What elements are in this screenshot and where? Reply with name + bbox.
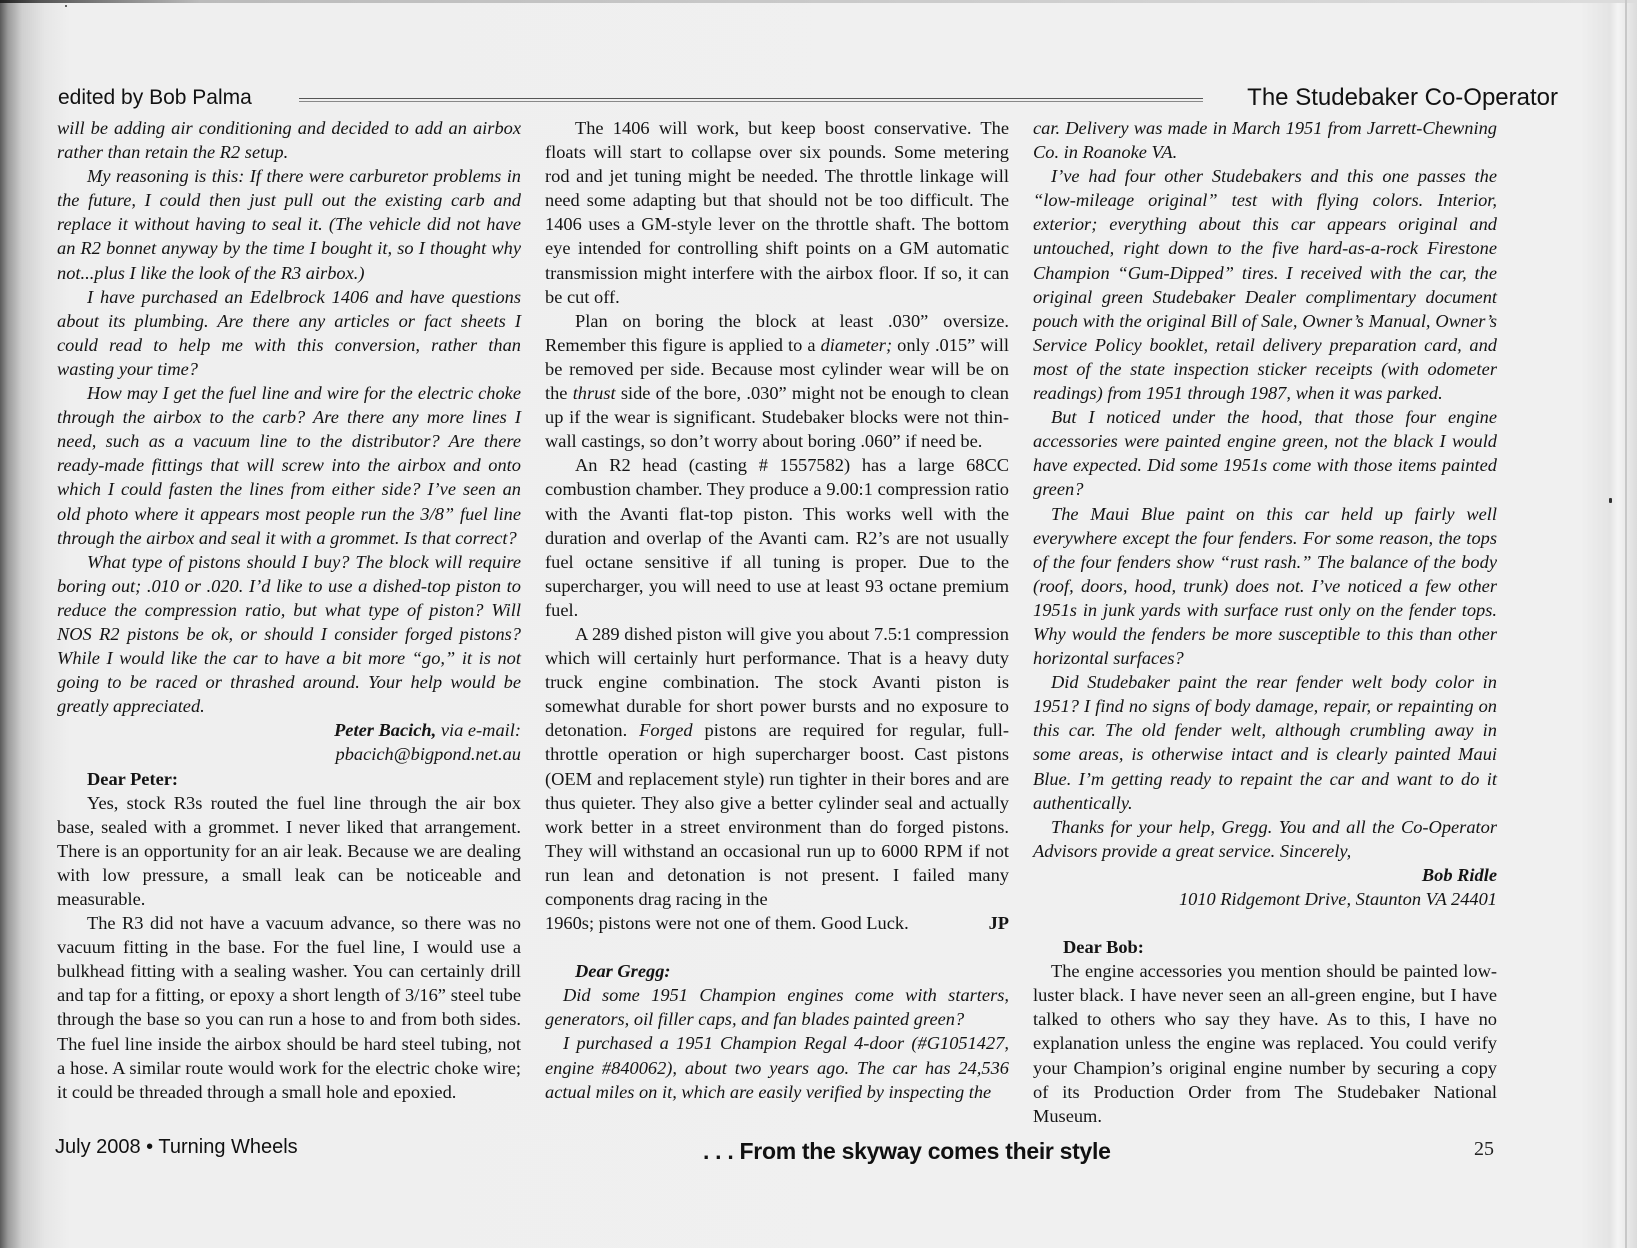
- signature-name: Peter Bacich,: [334, 720, 436, 740]
- letter-paragraph: But I noticed under the hood, that those…: [1033, 405, 1497, 501]
- reply-paragraph: The 1406 will work, but keep boost conse…: [545, 116, 1009, 309]
- header-rule: [299, 98, 1203, 102]
- letter-paragraph: How may I get the fuel line and wire for…: [57, 381, 521, 550]
- letter-paragraph: Did Studebaker paint the rear fender wel…: [1033, 670, 1497, 815]
- letter-signature: Peter Bacich, via e-mail:: [57, 718, 521, 742]
- letter-paragraph: The Maui Blue paint on this car held up …: [1033, 502, 1497, 671]
- emphasis-forged: Forged: [639, 720, 692, 740]
- column-3: car. Delivery was made in March 1951 fro…: [1033, 116, 1497, 1128]
- scan-speck: [65, 5, 67, 7]
- section-spacer: [545, 935, 1009, 959]
- signature-via: via e-mail:: [436, 720, 521, 740]
- scan-right-edge: [1625, 0, 1627, 1248]
- header-editor-credit: edited by Bob Palma: [58, 86, 252, 110]
- reply-paragraph: Plan on boring the block at least .030” …: [545, 309, 1009, 454]
- scan-top-edge: [0, 0, 1637, 3]
- column-2: The 1406 will work, but keep boost conse…: [545, 116, 1009, 1104]
- footer-tagline: . . . From the skyway comes their style: [703, 1138, 1111, 1165]
- reply-paragraph: An R2 head (casting # 1557582) has a lar…: [545, 453, 1009, 622]
- reply-salutation: Dear Peter:: [57, 767, 521, 791]
- letter-paragraph: Thanks for your help, Gregg. You and all…: [1033, 815, 1497, 863]
- letter-paragraph: I’ve had four other Studebakers and this…: [1033, 164, 1497, 405]
- reply-paragraph: The engine accessories you mention shoul…: [1033, 959, 1497, 1128]
- reply-paragraph: The R3 did not have a vacuum advance, so…: [57, 911, 521, 1104]
- letter-paragraph: What type of pistons should I buy? The b…: [57, 550, 521, 719]
- magazine-page: edited by Bob Palma The Studebaker Co-Op…: [0, 0, 1637, 1248]
- letter-signature-name: Bob Ridle: [1033, 863, 1497, 887]
- reply-salutation: Dear Bob:: [1033, 935, 1497, 959]
- letter-paragraph: My reasoning is this: If there were carb…: [57, 164, 521, 284]
- section-spacer: [1033, 911, 1497, 935]
- letter-paragraph: car. Delivery was made in March 1951 fro…: [1033, 116, 1497, 164]
- column-1: will be adding air conditioning and deci…: [57, 116, 521, 1104]
- emphasis-diameter: diameter;: [821, 335, 893, 355]
- letter-signature-address: 1010 Ridgemont Drive, Staunton VA 24401: [1033, 887, 1497, 911]
- signature-email[interactable]: pbacich@bigpond.net.au: [57, 742, 521, 766]
- text-run: pistons are required for regular, full-t…: [545, 720, 1009, 909]
- reply-paragraph: Yes, stock R3s routed the fuel line thro…: [57, 791, 521, 911]
- reply-signature-initials: JP: [989, 911, 1009, 935]
- scan-speck: [1609, 498, 1612, 503]
- reply-closing-text: 1960s; pistons were not one of them. Goo…: [545, 911, 909, 935]
- reply-paragraph: A 289 dished piston will give you about …: [545, 622, 1009, 911]
- running-head: edited by Bob Palma The Studebaker Co-Op…: [58, 86, 1558, 116]
- letter-paragraph: I purchased a 1951 Champion Regal 4-door…: [545, 1031, 1009, 1103]
- footer-issue-info: July 2008 • Turning Wheels: [55, 1136, 298, 1159]
- letter-paragraph: Did some 1951 Champion engines come with…: [545, 983, 1009, 1031]
- header-column-title: The Studebaker Co-Operator: [1247, 84, 1558, 112]
- letter-paragraph: I have purchased an Edelbrock 1406 and h…: [57, 285, 521, 381]
- letter-salutation: Dear Gregg:: [545, 959, 1009, 983]
- emphasis-thrust: thrust: [573, 383, 616, 403]
- letter-paragraph: will be adding air conditioning and deci…: [57, 116, 521, 164]
- page-number: 25: [1474, 1138, 1494, 1161]
- reply-closing-line: 1960s; pistons were not one of them. Goo…: [545, 911, 1009, 935]
